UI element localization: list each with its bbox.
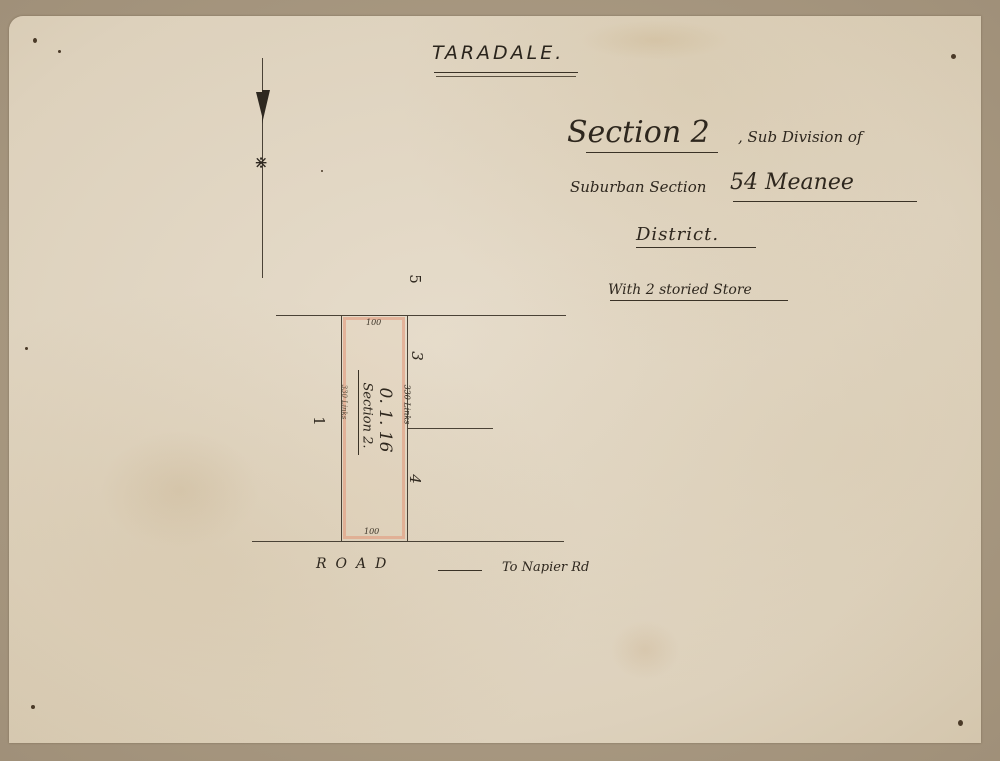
- suburban-section-number: 54 Meanee: [730, 170, 854, 195]
- north-marker-icon: ⋇: [254, 153, 268, 173]
- north-arrow-icon: [256, 92, 262, 116]
- pin-hole: [25, 347, 28, 350]
- pin-hole: [33, 38, 37, 43]
- section-number-underline: [733, 201, 917, 202]
- district-underline: [636, 247, 756, 248]
- survey-plan-sheet: [9, 16, 981, 743]
- section-number: 54: [730, 170, 758, 195]
- subdivision-text: , Sub Division of: [738, 128, 862, 146]
- north-boundary-line: [276, 315, 566, 316]
- suburban-section-text: Suburban Section: [570, 178, 706, 196]
- stain: [610, 620, 680, 680]
- lot-3-4-divider: [407, 428, 493, 429]
- district-label: District.: [636, 224, 719, 245]
- store-note: With 2 storied Store: [608, 282, 752, 298]
- store-note-underline: [610, 300, 788, 301]
- pin-hole: [31, 705, 35, 709]
- pin-hole: [958, 720, 963, 726]
- district-name: Meanee: [765, 170, 854, 195]
- adjoining-lot-3: 3: [408, 351, 426, 361]
- section-label: Section 2: [567, 115, 710, 150]
- title-underline: [434, 72, 578, 73]
- lot-side-right-links: 330 Links: [403, 370, 412, 440]
- plan-title: TARADALE.: [432, 42, 564, 64]
- road-label: ROAD: [316, 556, 395, 572]
- road-direction: To Napier Rd: [502, 560, 589, 575]
- lot-area: 0. 1. 16: [375, 380, 395, 460]
- lot-frontage-top: 100: [366, 318, 381, 327]
- lot-frontage-bottom: 100: [364, 527, 379, 536]
- lot-section-label: Section 2.: [360, 371, 375, 461]
- adjoining-lot-4: 4: [406, 474, 424, 484]
- stain: [100, 430, 260, 550]
- adjoining-lot-5: 5: [406, 274, 424, 284]
- lot-side-left-links: 330 Links: [340, 374, 348, 430]
- road-dash: [438, 570, 482, 571]
- pin-hole: [58, 50, 61, 53]
- section-underline: [586, 152, 718, 153]
- stain: [580, 20, 730, 60]
- pin-hole: [321, 170, 323, 172]
- title-underline: [436, 76, 576, 77]
- pin-hole: [951, 54, 956, 59]
- north-arrow-icon: [262, 90, 270, 124]
- road-boundary-line: [252, 541, 564, 542]
- adjoining-lot-1: 1: [310, 416, 328, 426]
